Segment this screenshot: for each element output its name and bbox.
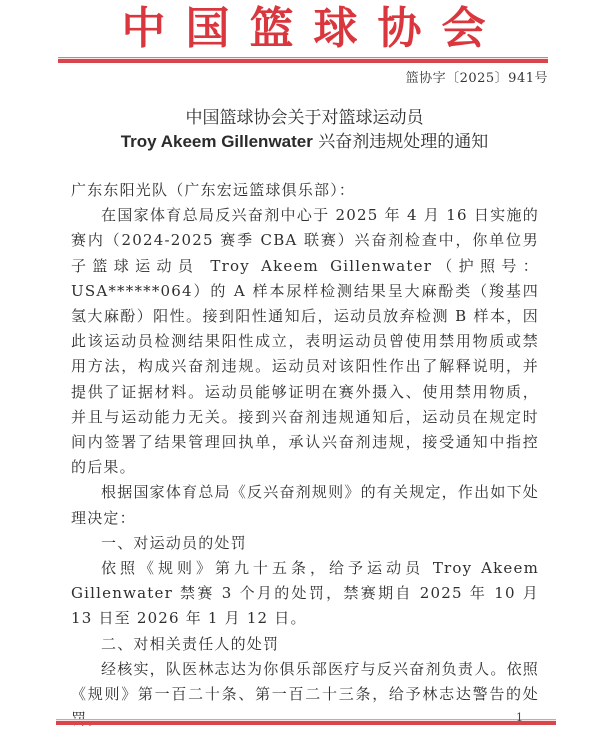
masthead-org-name: 中国篮球协会: [0, 4, 609, 54]
document-title-line2: Troy Akeem Gillenwater 兴奋剂违规处理的通知: [0, 130, 609, 154]
section-text-athlete: 依照《规则》第九十五条，给予运动员 Troy Akeem Gillenwater…: [71, 556, 539, 632]
document-title-line1: 中国篮球协会关于对篮球运动员: [0, 106, 609, 130]
athlete-name: Troy Akeem Gillenwater: [121, 132, 313, 151]
document-number: 篮协字〔2025〕941号: [0, 67, 548, 86]
page-number: 1: [516, 711, 523, 724]
section-heading-athlete: 一、对运动员的处罚: [71, 531, 539, 556]
document-body: 广东东阳光队（广东宏远篮球俱乐部）： 在国家体育总局反兴奋剂中心于 2025 年…: [71, 178, 539, 732]
section-heading-responsible: 二、对相关责任人的处罚: [71, 632, 539, 657]
title-suffix: 兴奋剂违规处理的通知: [313, 132, 488, 152]
paragraph-findings: 在国家体育总局反兴奋剂中心于 2025 年 4 月 16 日实施的赛内（2024…: [71, 203, 539, 480]
addressee: 广东东阳光队（广东宏远篮球俱乐部）：: [71, 178, 539, 203]
paragraph-decision-intro: 根据国家体育总局《反兴奋剂规则》的有关规定，作出如下处理决定：: [71, 480, 539, 530]
